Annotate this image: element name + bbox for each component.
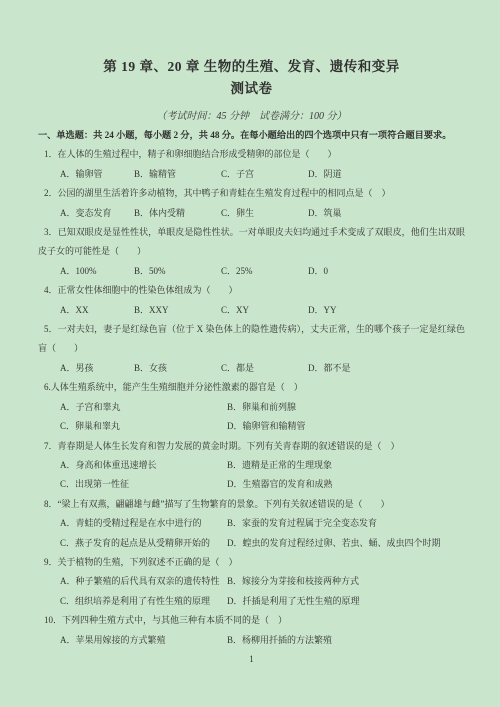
question-1-options: A．输卵管 B．输精管 C．子宫 D．阴道 — [60, 165, 465, 184]
question-3-option-d: D．0 — [308, 262, 465, 281]
question-8-stem: 8．“梁上有双燕，翩翩雄与雌”描写了生物繁育的景象。下列有关叙述错误的是（ ） — [38, 495, 465, 514]
question-9-option-c: C．组织培养是利用了有性生殖的原理 — [60, 592, 227, 611]
question-5-stem: 5．一对夫妇，妻子是红绿色盲（位于 X 染色体上的隐性遗传病），丈夫正常，生的哪… — [38, 320, 465, 359]
question-7-option-b: B．遗精是正常的生理现象 — [227, 456, 465, 475]
page-number: 1 — [38, 650, 465, 669]
question-1-option-b: B．输精管 — [134, 165, 221, 184]
section-header: 一、单选题：共 24 小题，每小题 2 分，共 48 分。在每小题给出的四个选项… — [38, 126, 465, 145]
question-3-option-b: B．50% — [134, 262, 221, 281]
question-9-option-a: A．种子繁殖的后代具有双亲的遗传特性 — [60, 572, 227, 591]
question-10-stem: 10．下列四种生殖方式中，与其他三种有本质不同的是（ ） — [38, 611, 465, 630]
question-4-option-c: C．XY — [221, 301, 308, 320]
question-5-options: A．男孩 B．女孩 C．都是 D．都不是 — [60, 359, 465, 378]
question-1-option-a: A．输卵管 — [60, 165, 134, 184]
question-9-stem: 9．关于植物的生殖，下列叙述不正确的是（ ） — [38, 553, 465, 572]
question-3: 3．已知双眼皮是显性性状，单眼皮是隐性性状。一对单眼皮夫妇均通过手术变成了双眼皮… — [38, 223, 465, 281]
question-9: 9．关于植物的生殖，下列叙述不正确的是（ ） A．种子繁殖的后代具有双亲的遗传特… — [38, 553, 465, 611]
question-10-option-b: B．杨柳用扦插的方法繁殖 — [227, 631, 465, 650]
question-1-option-c: C．子宫 — [221, 165, 308, 184]
question-8-option-b: B．家蚕的发育过程属于完全变态发育 — [227, 514, 465, 533]
question-3-option-c: C．25% — [221, 262, 308, 281]
question-10-options: A．苹果用嫁接的方式繁殖 B．杨柳用扦插的方法繁殖 — [60, 631, 465, 650]
question-7-options: A．身高和体重迅速增长 B．遗精是正常的生理现象 C．出现第一性征 D．生殖器官… — [60, 456, 465, 495]
question-8-option-a: A．青蛙的受精过程是在水中进行的 — [60, 514, 227, 533]
question-4-stem: 4．正常女性体细胞中的性染色体组成为（ ） — [38, 281, 465, 300]
question-2-option-c: C．卵生 — [221, 204, 308, 223]
question-9-option-d: D．扦插是利用了无性生殖的原理 — [227, 592, 465, 611]
question-10: 10．下列四种生殖方式中，与其他三种有本质不同的是（ ） A．苹果用嫁接的方式繁… — [38, 611, 465, 650]
question-9-option-b: B．嫁接分为芽接和枝接两种方式 — [227, 572, 465, 591]
question-6-option-d: D．输卵管和输精管 — [227, 417, 465, 436]
question-3-option-a: A．100% — [60, 262, 134, 281]
question-5-option-d: D．都不是 — [308, 359, 465, 378]
question-7-option-a: A．身高和体重迅速增长 — [60, 456, 227, 475]
question-5-option-c: C．都是 — [221, 359, 308, 378]
question-4-option-b: B．XXY — [134, 301, 221, 320]
question-8-option-d: D．蝗虫的发育过程经过卵、若虫、蛹、成虫四个时期 — [227, 534, 465, 553]
question-7-option-d: D．生殖器官的发育和成熟 — [227, 475, 465, 494]
question-6-options: A．子宫和睾丸 B．卵巢和前列腺 C．卵巢和睾丸 D．输卵管和输精管 — [60, 398, 465, 437]
question-1-option-d: D．阴道 — [308, 165, 465, 184]
question-2-option-b: B．体内受精 — [134, 204, 221, 223]
question-8: 8．“梁上有双燕，翩翩雄与雌”描写了生物繁育的景象。下列有关叙述错误的是（ ） … — [38, 495, 465, 553]
question-7: 7．青春期是人体生长发育和智力发展的黄金时期。下列有关青春期的叙述错误的是（ ）… — [38, 437, 465, 495]
question-6: 6.人体生殖系统中，能产生生殖细胞并分泌性激素的器官是（ ） A．子宫和睾丸 B… — [38, 378, 465, 436]
question-5-option-b: B．女孩 — [134, 359, 221, 378]
test-paper-page: 第 19 章、20 章 生物的生殖、发育、遗传和变异 测试卷 （考试时间：45 … — [0, 0, 500, 707]
question-6-option-c: C．卵巢和睾丸 — [60, 417, 227, 436]
question-2-option-a: A．变态发育 — [60, 204, 134, 223]
question-8-options: A．青蛙的受精过程是在水中进行的 B．家蚕的发育过程属于完全变态发育 C．燕子发… — [60, 514, 465, 553]
question-2: 2．公园的湖里生活着许多动植物，其中鸭子和青蛙在生殖发育过程中的相同点是（ ） … — [38, 184, 465, 223]
exam-info: （考试时间：45 分钟 试卷满分：100 分） — [38, 107, 465, 126]
paper-subtitle: 测试卷 — [38, 78, 465, 100]
question-10-option-a: A．苹果用嫁接的方式繁殖 — [60, 631, 227, 650]
question-3-options: A．100% B．50% C．25% D．0 — [60, 262, 465, 281]
paper-title: 第 19 章、20 章 生物的生殖、发育、遗传和变异 — [38, 56, 465, 78]
question-4: 4．正常女性体细胞中的性染色体组成为（ ） A．XX B．XXY C．XY D．… — [38, 281, 465, 320]
question-4-option-a: A．XX — [60, 301, 134, 320]
question-2-stem: 2．公园的湖里生活着许多动植物，其中鸭子和青蛙在生殖发育过程中的相同点是（ ） — [38, 184, 465, 203]
question-6-stem: 6.人体生殖系统中，能产生生殖细胞并分泌性激素的器官是（ ） — [38, 378, 465, 397]
question-6-option-b: B．卵巢和前列腺 — [227, 398, 465, 417]
question-5-option-a: A．男孩 — [60, 359, 134, 378]
question-3-stem: 3．已知双眼皮是显性性状，单眼皮是隐性性状。一对单眼皮夫妇均通过手术变成了双眼皮… — [38, 223, 465, 262]
question-9-options: A．种子繁殖的后代具有双亲的遗传特性 B．嫁接分为芽接和枝接两种方式 C．组织培… — [60, 572, 465, 611]
question-4-option-d: D．YY — [308, 301, 465, 320]
question-2-option-d: D．筑巢 — [308, 204, 465, 223]
question-5: 5．一对夫妇，妻子是红绿色盲（位于 X 染色体上的隐性遗传病），丈夫正常，生的哪… — [38, 320, 465, 378]
question-7-option-c: C．出现第一性征 — [60, 475, 227, 494]
question-2-options: A．变态发育 B．体内受精 C．卵生 D．筑巢 — [60, 204, 465, 223]
question-8-option-c: C．燕子发育的起点是从受精卵开始的 — [60, 534, 227, 553]
question-6-option-a: A．子宫和睾丸 — [60, 398, 227, 417]
question-1: 1．在人体的生殖过程中，精子和卵细胞结合形成受精卵的部位是（ ） A．输卵管 B… — [38, 145, 465, 184]
question-4-options: A．XX B．XXY C．XY D．YY — [60, 301, 465, 320]
question-1-stem: 1．在人体的生殖过程中，精子和卵细胞结合形成受精卵的部位是（ ） — [38, 145, 465, 164]
question-7-stem: 7．青春期是人体生长发育和智力发展的黄金时期。下列有关青春期的叙述错误的是（ ） — [38, 437, 465, 456]
